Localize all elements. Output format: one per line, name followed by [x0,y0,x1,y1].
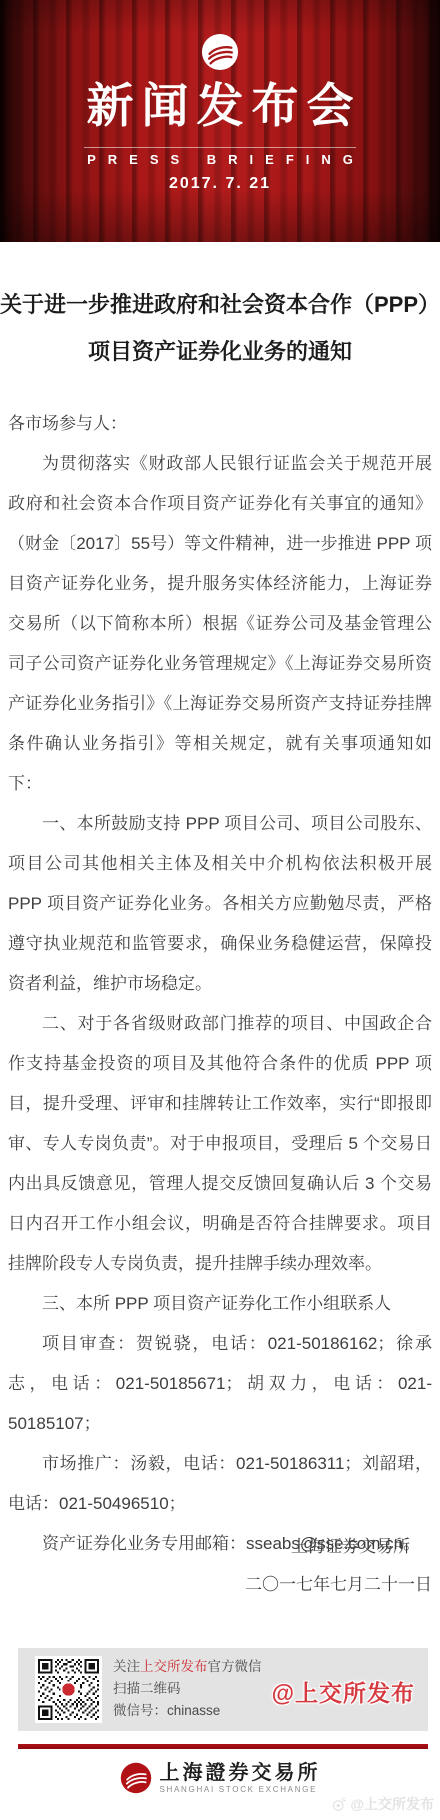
sse-logo-icon [201,33,239,71]
signature-date: 二〇一七年七月二十一日 [245,1566,432,1604]
document-title-line1: 关于进一步推进政府和社会资本合作（PPP） [0,281,440,328]
weibo-eye-icon [331,1796,347,1812]
sse-footer-logo-icon [120,1762,152,1794]
paragraph-intro: 为贯彻落实《财政部人民银行证监会关于规范开展政府和社会资本合作项目资产证券化有关… [8,444,432,804]
banner-date: 2017. 7. 21 [0,175,440,193]
footer-divider-bar [18,1744,428,1749]
document-title: 关于进一步推进政府和社会资本合作（PPP） 项目资产证券化业务的通知 [0,281,440,375]
wechat-line1-highlight: 上交所发布 [140,1659,208,1674]
salutation: 各市场参与人： [8,404,432,444]
qr-code [35,1656,102,1723]
wechat-info-lines: 关注上交所发布官方微信 扫描二维码 微信号：chinasse [113,1656,262,1722]
watermark-text: @上交所发布 [350,1794,434,1814]
footer-logo-texts: 上海證券交易所 SHANGHAI STOCK EXCHANGE [160,1763,321,1794]
press-release-page: 新闻发布会 PRESS BRIEFING 2017. 7. 21 关于进一步推进… [0,0,440,1820]
wechat-line1-suffix: 官方微信 [208,1659,262,1674]
footer-logo: 上海證券交易所 SHANGHAI STOCK EXCHANGE [0,1762,440,1794]
wechat-handle: @上交所发布 [272,1675,415,1708]
signature-org: 上海证券交易所 [291,1537,410,1556]
document-body: 各市场参与人： 为贯彻落实《财政部人民银行证监会关于规范开展政府和社会资本合作项… [8,404,432,1564]
footer-logo-en: SHANGHAI STOCK EXCHANGE [160,1785,318,1794]
weibo-watermark: @上交所发布 [331,1794,434,1814]
wechat-line1: 关注上交所发布官方微信 [113,1656,262,1678]
footer-logo-cn: 上海證券交易所 [160,1763,321,1784]
banner-title: 新闻发布会 [0,76,440,136]
wechat-line1-prefix: 关注 [113,1659,140,1674]
signature-block: 上海证券交易所 二〇一七年七月二十一日 [245,1528,432,1604]
banner-divider [84,147,356,148]
paragraph-section1: 一、本所鼓励支持 PPP 项目公司、项目公司股东、项目公司其他相关主体及相关中介… [8,804,432,1004]
document-title-line2: 项目资产证券化业务的通知 [0,328,440,375]
wechat-follow-box: 关注上交所发布官方微信 扫描二维码 微信号：chinasse @上交所发布 [18,1648,428,1731]
paragraph-section2: 二、对于各省级财政部门推荐的项目、中国政企合作支持基金投资的项目及其他符合条件的… [8,1004,432,1284]
wechat-line2: 扫描二维码 [113,1678,262,1700]
banner-subtitle-en: PRESS BRIEFING [0,152,440,167]
press-briefing-banner: 新闻发布会 PRESS BRIEFING 2017. 7. 21 [0,0,440,242]
paragraph-section3-heading: 三、本所 PPP 项目资产证券化工作小组联系人 [8,1284,432,1324]
paragraph-contacts-marketing: 市场推广：汤毅，电话：021-50186311；刘韶珺，电话：021-50496… [8,1444,432,1524]
paragraph-contacts-review: 项目审查：贺锐骁，电话：021-50186162；徐承志，电话：021-5018… [8,1324,432,1444]
wechat-line3: 微信号：chinasse [113,1700,262,1722]
